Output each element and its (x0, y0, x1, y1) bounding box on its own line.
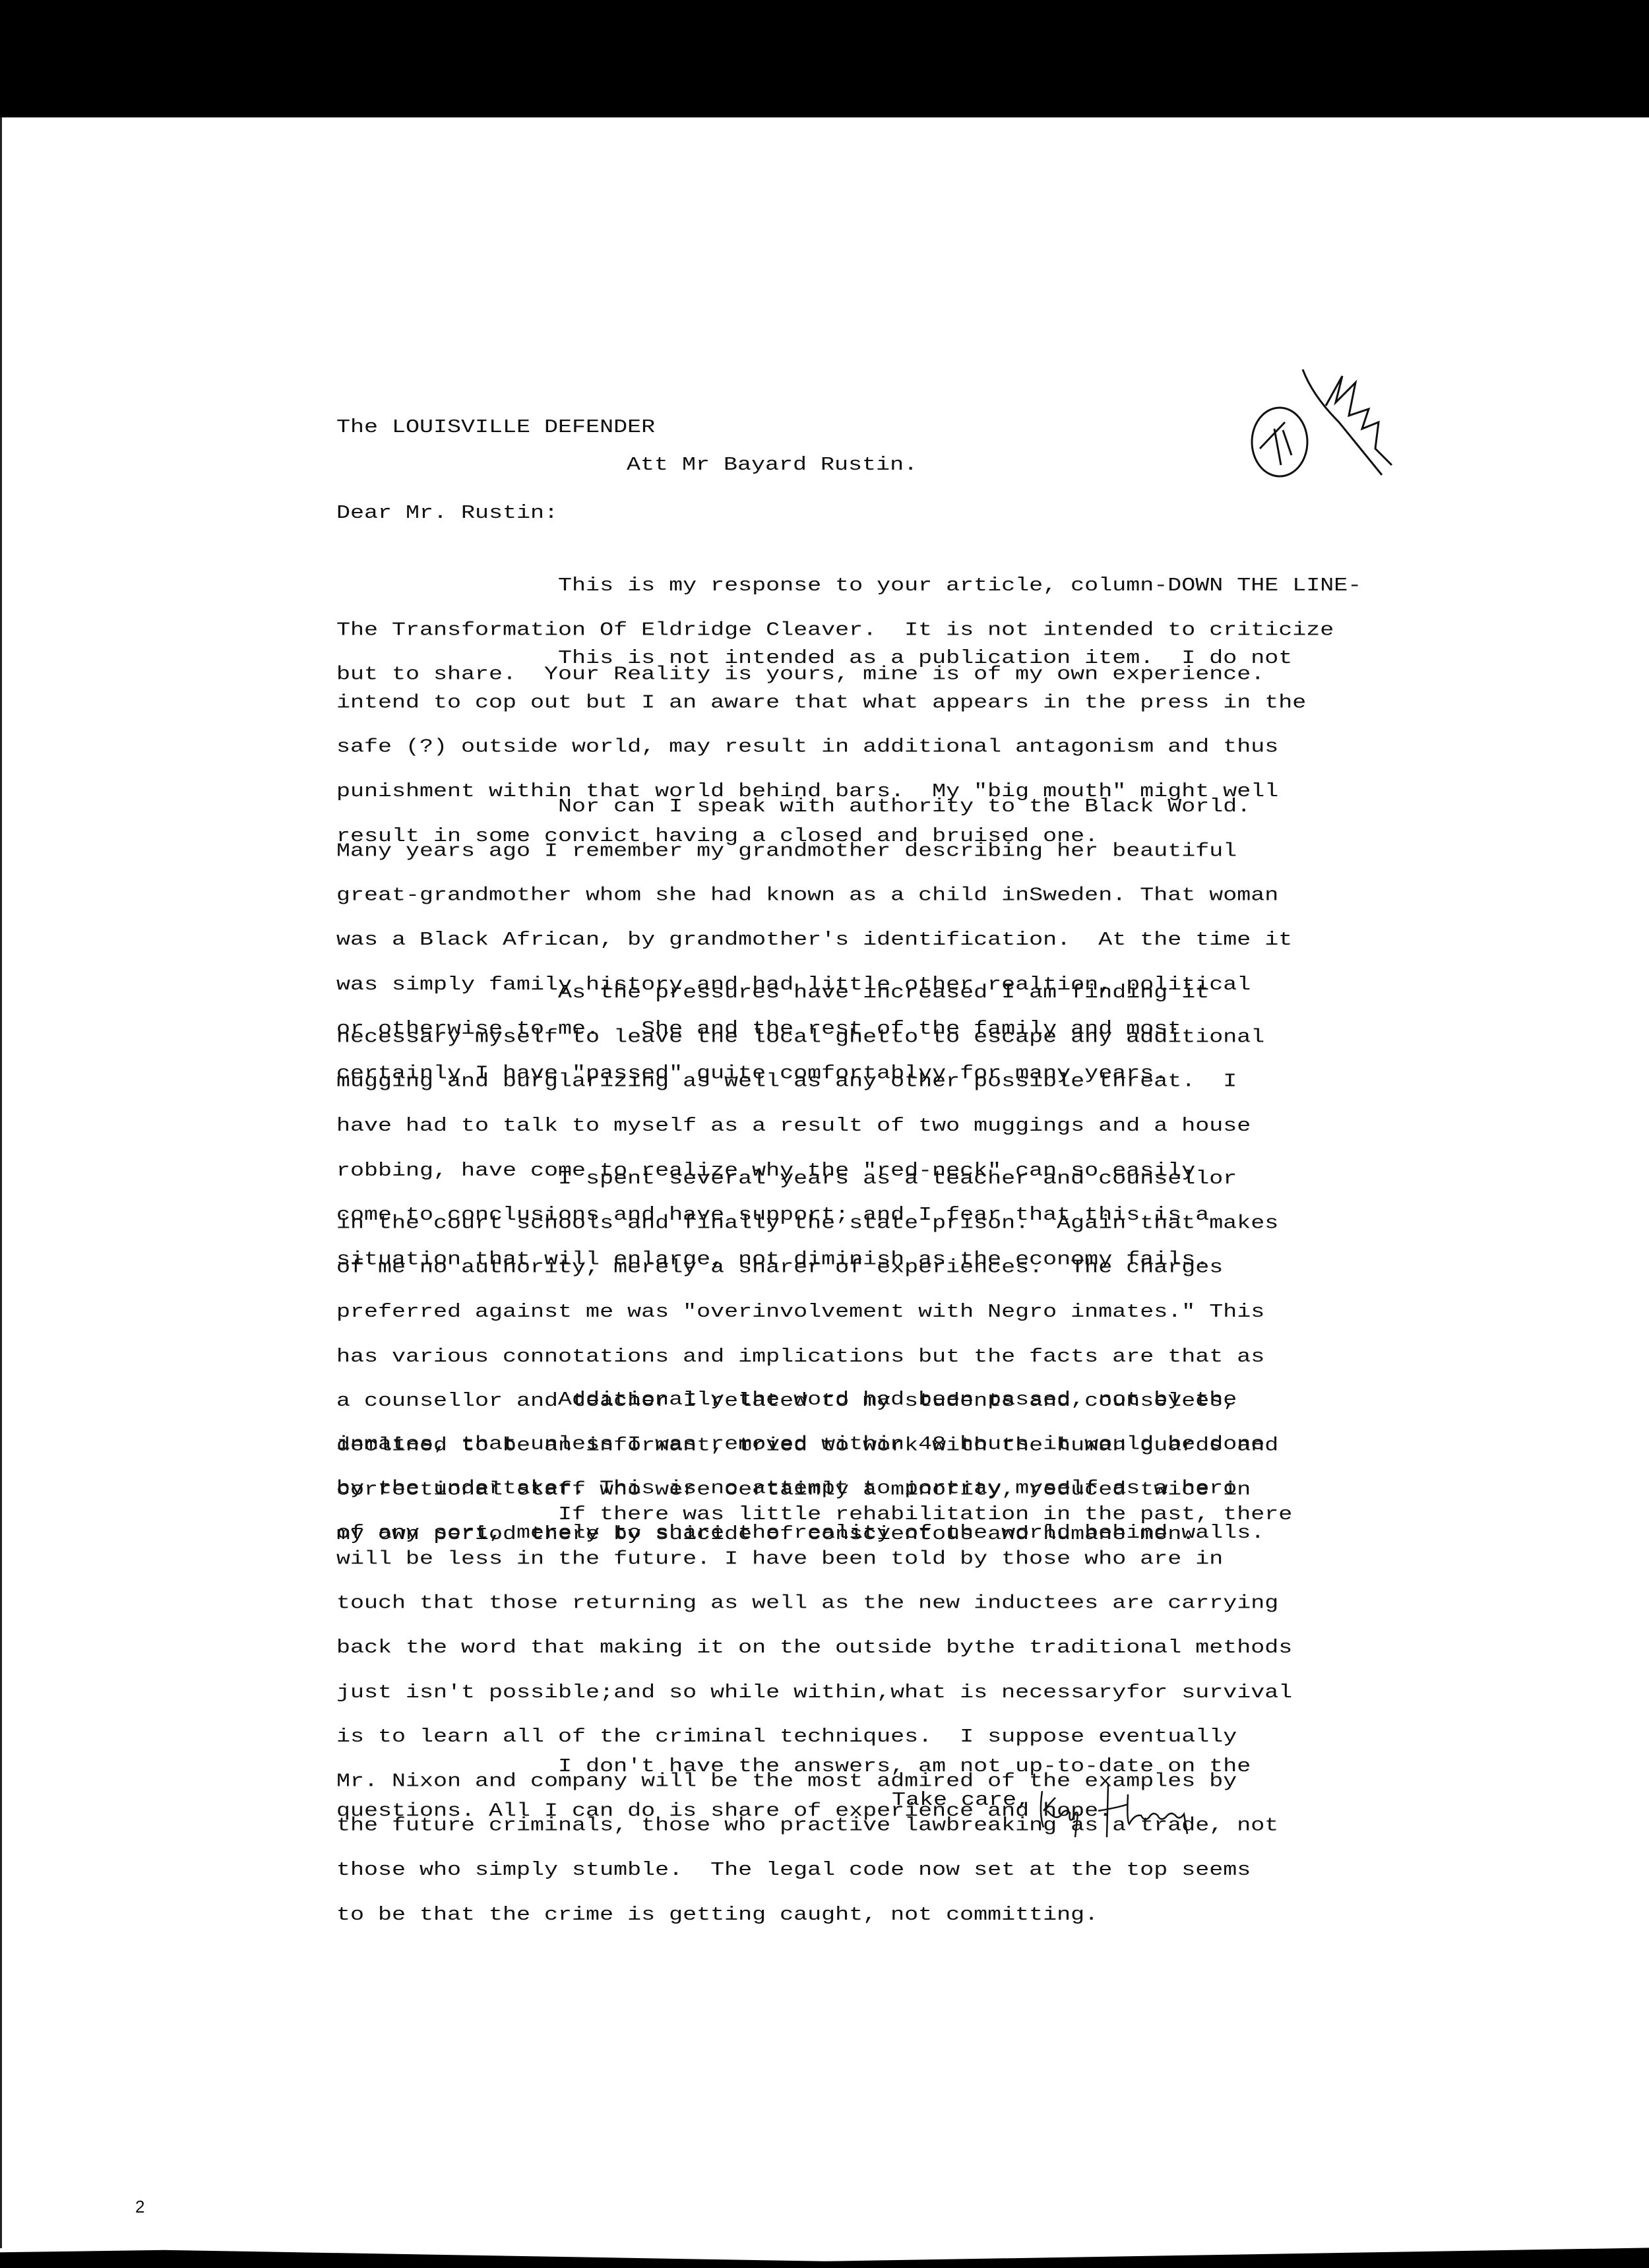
text-line: intend to cop out but I an aware that wh… (336, 695, 1306, 710)
text-line: safe (?) outside world, may result in ad… (336, 740, 1306, 755)
text-line: This is my response to your article, col… (336, 579, 1361, 593)
text-line: to be that the crime is getting caught, … (336, 1908, 1292, 1922)
text-line: great-grandmother whom she had known as … (336, 889, 1292, 903)
text-line: I spent several years as a teacher and c… (336, 1172, 1278, 1186)
text-line: was a Black African, by grandmother's id… (336, 933, 1292, 947)
closing: Take care, (892, 1793, 1030, 1808)
text-line: I don't have the answers, am not up-to-d… (336, 1759, 1251, 1774)
text-line: This is not intended as a publication it… (336, 651, 1306, 666)
page-number: 2 (135, 2197, 144, 2217)
scan-left-edge (0, 117, 2, 2248)
text-line: back the word that making it on the outs… (336, 1641, 1292, 1655)
text-line: touch that those returning as well as th… (336, 1596, 1292, 1611)
handwritten-annotation (1214, 356, 1412, 501)
text-line: those who simply stumble. The legal code… (336, 1863, 1292, 1877)
text-line: Nor can I speak with authority to the Bl… (336, 800, 1292, 814)
text-line: preferred against me was "overinvolvemen… (336, 1305, 1278, 1319)
text-line: necessary myself to leave the local ghet… (336, 1030, 1264, 1044)
circle-mark-icon (1252, 408, 1307, 476)
signature: Kay Hansen (1029, 1775, 1253, 1841)
text-line: has various connotations and implication… (336, 1350, 1278, 1364)
text-line: If there was little rehabilitation in th… (336, 1507, 1292, 1522)
text-line: have had to talk to myself as a result o… (336, 1119, 1264, 1133)
scan-top-border (0, 0, 1649, 117)
addressee: The LOUISVILLE DEFENDER (336, 420, 655, 435)
text-line: inmates, that unless I was removed withi… (336, 1437, 1264, 1451)
scan-bottom-border (0, 2246, 1649, 2268)
text-line: will be less in the future. I have been … (336, 1552, 1292, 1566)
text-line: of me no authority, merely a sharer of e… (336, 1261, 1278, 1275)
text-line: As the pressures have increased I am fin… (336, 986, 1264, 1000)
text-line: Many years ago I remember my grandmother… (336, 844, 1292, 858)
text-line: just isn't possible;and so while within,… (336, 1685, 1292, 1700)
paragraph-7: If there was little rehabilitation in th… (336, 1478, 1292, 1937)
salutation: Dear Mr. Rustin: (336, 506, 558, 520)
text-line: Additionally the word had been passed, n… (336, 1393, 1264, 1407)
text-line: in the court schools and finally the sta… (336, 1216, 1278, 1230)
text-line: mugging and burglarizing as well as any … (336, 1075, 1264, 1089)
attention-line: Att Mr Bayard Rustin. (627, 458, 918, 472)
